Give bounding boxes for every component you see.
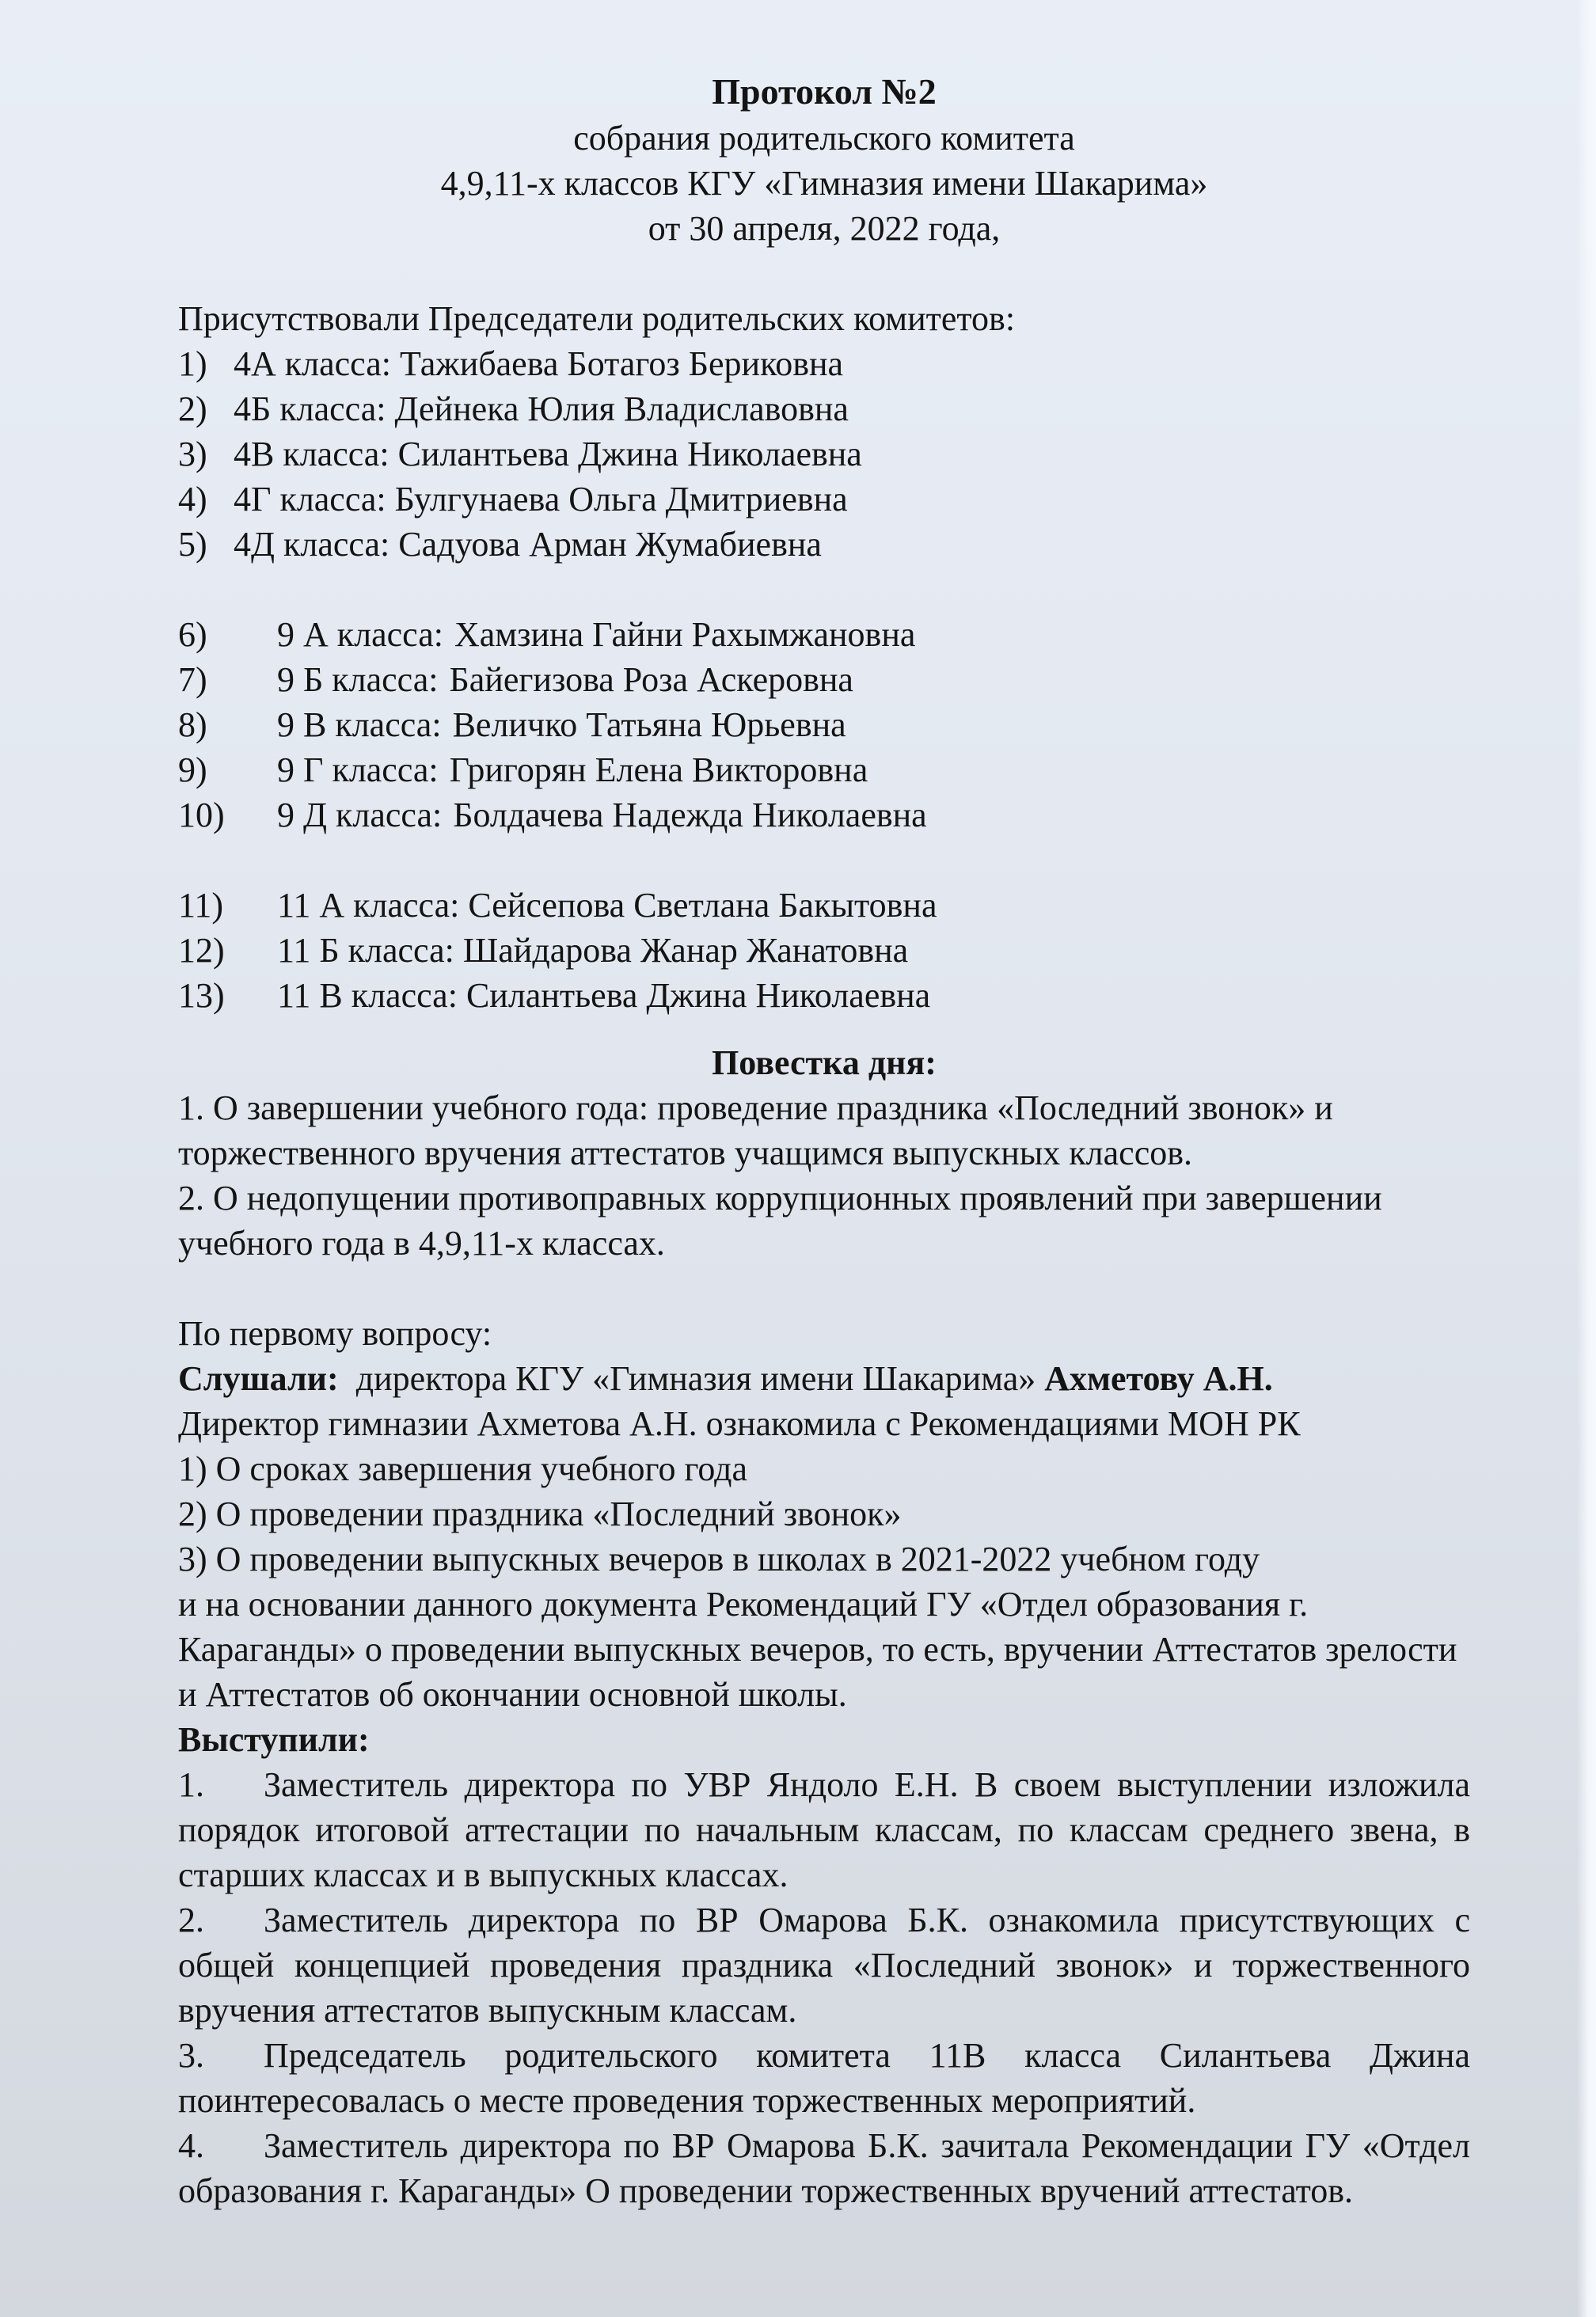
attendee-number: 10) [178,792,277,838]
heard-text: директора КГУ «Гимназия имени Шакарима» [356,1359,1036,1398]
attendee-class: 4В класса: [234,431,389,477]
attendee-class: 9 Б класса: [277,657,438,702]
attendee-number: 3) [178,431,234,477]
attendee-row: 2) 4Б класса: Дейнека Юлия Владиславовна [178,386,1470,431]
speaker-item: 2.Заместитель директора по ВР Омарова Б.… [178,1897,1470,2033]
attendance-group-4: 1) 4А класса: Тажибаева Ботагоз Бериковн… [178,341,1470,567]
attendee-name: Сейсепова Светлана Бакытовна [468,883,937,928]
recommendation-3: 3) О проведении выпускных вечеров в школ… [178,1536,1470,1582]
attendee-class: 11 Б класса: [277,928,454,973]
speaker-number: 1. [178,1762,264,1807]
speaker-item: 1.Заместитель директора по УВР Яндоло Е.… [178,1762,1470,1897]
attendee-name: Силантьева Джина Николаевна [466,973,930,1018]
attendee-class: 9 Г класса: [277,747,439,792]
attendee-name: Силантьева Джина Николаевна [398,431,862,477]
attendee-number: 4) [178,477,234,522]
document-title: Протокол №2 [178,68,1470,116]
attendee-name: Дейнека Юлия Владиславовна [394,386,848,431]
attendee-row: 8) 9 В класса:Величко Татьяна Юрьевна [178,702,1470,747]
speaker-number: 3. [178,2033,264,2078]
basis-text: и на основании данного документа Рекомен… [178,1582,1470,1717]
attendee-number: 9) [178,747,277,792]
attendee-number: 11) [178,883,277,928]
subtitle-line-3: от 30 апреля, 2022 года, [178,206,1470,251]
attendee-row: 9) 9 Г класса:Григорян Елена Викторовна [178,747,1470,792]
heard-label: Слушали: [178,1359,339,1398]
attendee-row: 6) 9 А класса:Хамзина Гайни Рахымжановна [178,612,1470,657]
attendee-number: 5) [178,522,234,567]
recommendation-1: 1) О сроках завершения учебного года [178,1446,1470,1491]
attendee-number: 8) [178,702,277,747]
attendance-group-9: 6) 9 А класса:Хамзина Гайни Рахымжановна… [178,612,1470,838]
attendee-name: Болдачева Надежда Николаевна [453,792,926,838]
recommendation-2: 2) О проведении праздника «Последний зво… [178,1491,1470,1536]
attendee-class: 9 В класса: [277,702,442,747]
attendee-number: 1) [178,341,234,386]
attendee-class: 9 А класса: [277,612,443,657]
attendee-name: Шайдарова Жанар Жанатовна [463,928,908,973]
agenda-heading: Повестка дня: [178,1040,1470,1085]
subtitle-line-1: собрания родительского комитета [178,116,1470,161]
attendee-name: Булгунаева Ольга Дмитриевна [395,477,848,522]
attendee-name: Григорян Елена Викторовна [450,747,868,792]
attendee-row: 7) 9 Б класса:Байегизова Роза Аскеровна [178,657,1470,702]
attendee-row: 11) 11 А класса: Сейсепова Светлана Бакы… [178,883,1470,928]
attendee-row: 4) 4Г класса: Булгунаева Ольга Дмитриевн… [178,477,1470,522]
attendee-class: 4Г класса: [234,477,386,522]
attendee-number: 13) [178,973,277,1018]
attendance-group-11: 11) 11 А класса: Сейсепова Светлана Бакы… [178,883,1470,1018]
attendee-row: 5) 4Д класса: Садуова Арман Жумабиевна [178,522,1470,567]
attendee-number: 6) [178,612,277,657]
attendee-row: 1) 4А класса: Тажибаева Ботагоз Бериковн… [178,341,1470,386]
attendee-name: Садуова Арман Жумабиевна [398,522,822,567]
attendee-class: 11 В класса: [277,973,458,1018]
spacer [178,1266,1470,1311]
speaker-text: Заместитель директора по ВР Омарова Б.К.… [178,1901,1470,2030]
speaker-text: Заместитель директора по УВР Яндоло Е.Н.… [178,1765,1470,1894]
agenda-item-1: 1. О завершении учебного года: проведени… [178,1085,1470,1176]
attendee-class: 4Б класса: [234,386,386,431]
speaker-item: 4.Заместитель директора по ВР Омарова Б.… [178,2123,1470,2213]
speaker-item: 3.Председатель родительского комитета 11… [178,2033,1470,2123]
attendee-class: 4Д класса: [234,522,389,567]
paper-edge [1577,0,1596,2317]
spacer [178,251,1470,296]
spacer [178,838,1470,883]
spacer [178,567,1470,612]
attendee-row: 10) 9 Д класса:Болдачева Надежда Николае… [178,792,1470,838]
speaker-text: Заместитель директора по ВР Омарова Б.К.… [178,2126,1470,2210]
attendee-class: 9 Д класса: [277,792,442,838]
agenda-item-2: 2. О недопущении противоправных коррупци… [178,1176,1470,1266]
attendee-row: 12) 11 Б класса: Шайдарова Жанар Жанатов… [178,928,1470,973]
attendee-name: Байегизова Роза Аскеровна [449,657,853,702]
attendee-name: Хамзина Гайни Рахымжановна [454,612,915,657]
attendee-class: 11 А класса: [277,883,459,928]
speaker-text: Председатель родительского комитета 11В … [178,2036,1470,2120]
spacer [178,1018,1470,1040]
attendee-class: 4А класса: [234,341,391,386]
attendee-number: 7) [178,657,277,702]
attendee-row: 13) 11 В класса: Силантьева Джина Никола… [178,973,1470,1018]
attendance-heading: Присутствовали Председатели родительских… [178,296,1470,341]
speaker-number: 2. [178,1897,264,1943]
spoke-label: Выступили: [178,1717,1470,1762]
attendee-number: 2) [178,386,234,431]
heard-person: Ахметову А.Н. [1044,1359,1272,1398]
attendee-number: 12) [178,928,277,973]
director-text: Директор гимназии Ахметова А.Н. ознакоми… [178,1401,1470,1446]
document-page: Протокол №2 собрания родительского комит… [178,68,1470,2213]
first-question-intro: По первому вопросу: [178,1311,1470,1356]
heard-paragraph: Слушали: директора КГУ «Гимназия имени Ш… [178,1356,1470,1401]
subtitle-line-2: 4,9,11-х классов КГУ «Гимназия имени Шак… [178,161,1470,206]
attendee-name: Тажибаева Ботагоз Бериковна [400,341,843,386]
attendee-row: 3) 4В класса: Силантьева Джина Николаевн… [178,431,1470,477]
attendee-name: Величко Татьяна Юрьевна [453,702,846,747]
speaker-number: 4. [178,2123,264,2168]
